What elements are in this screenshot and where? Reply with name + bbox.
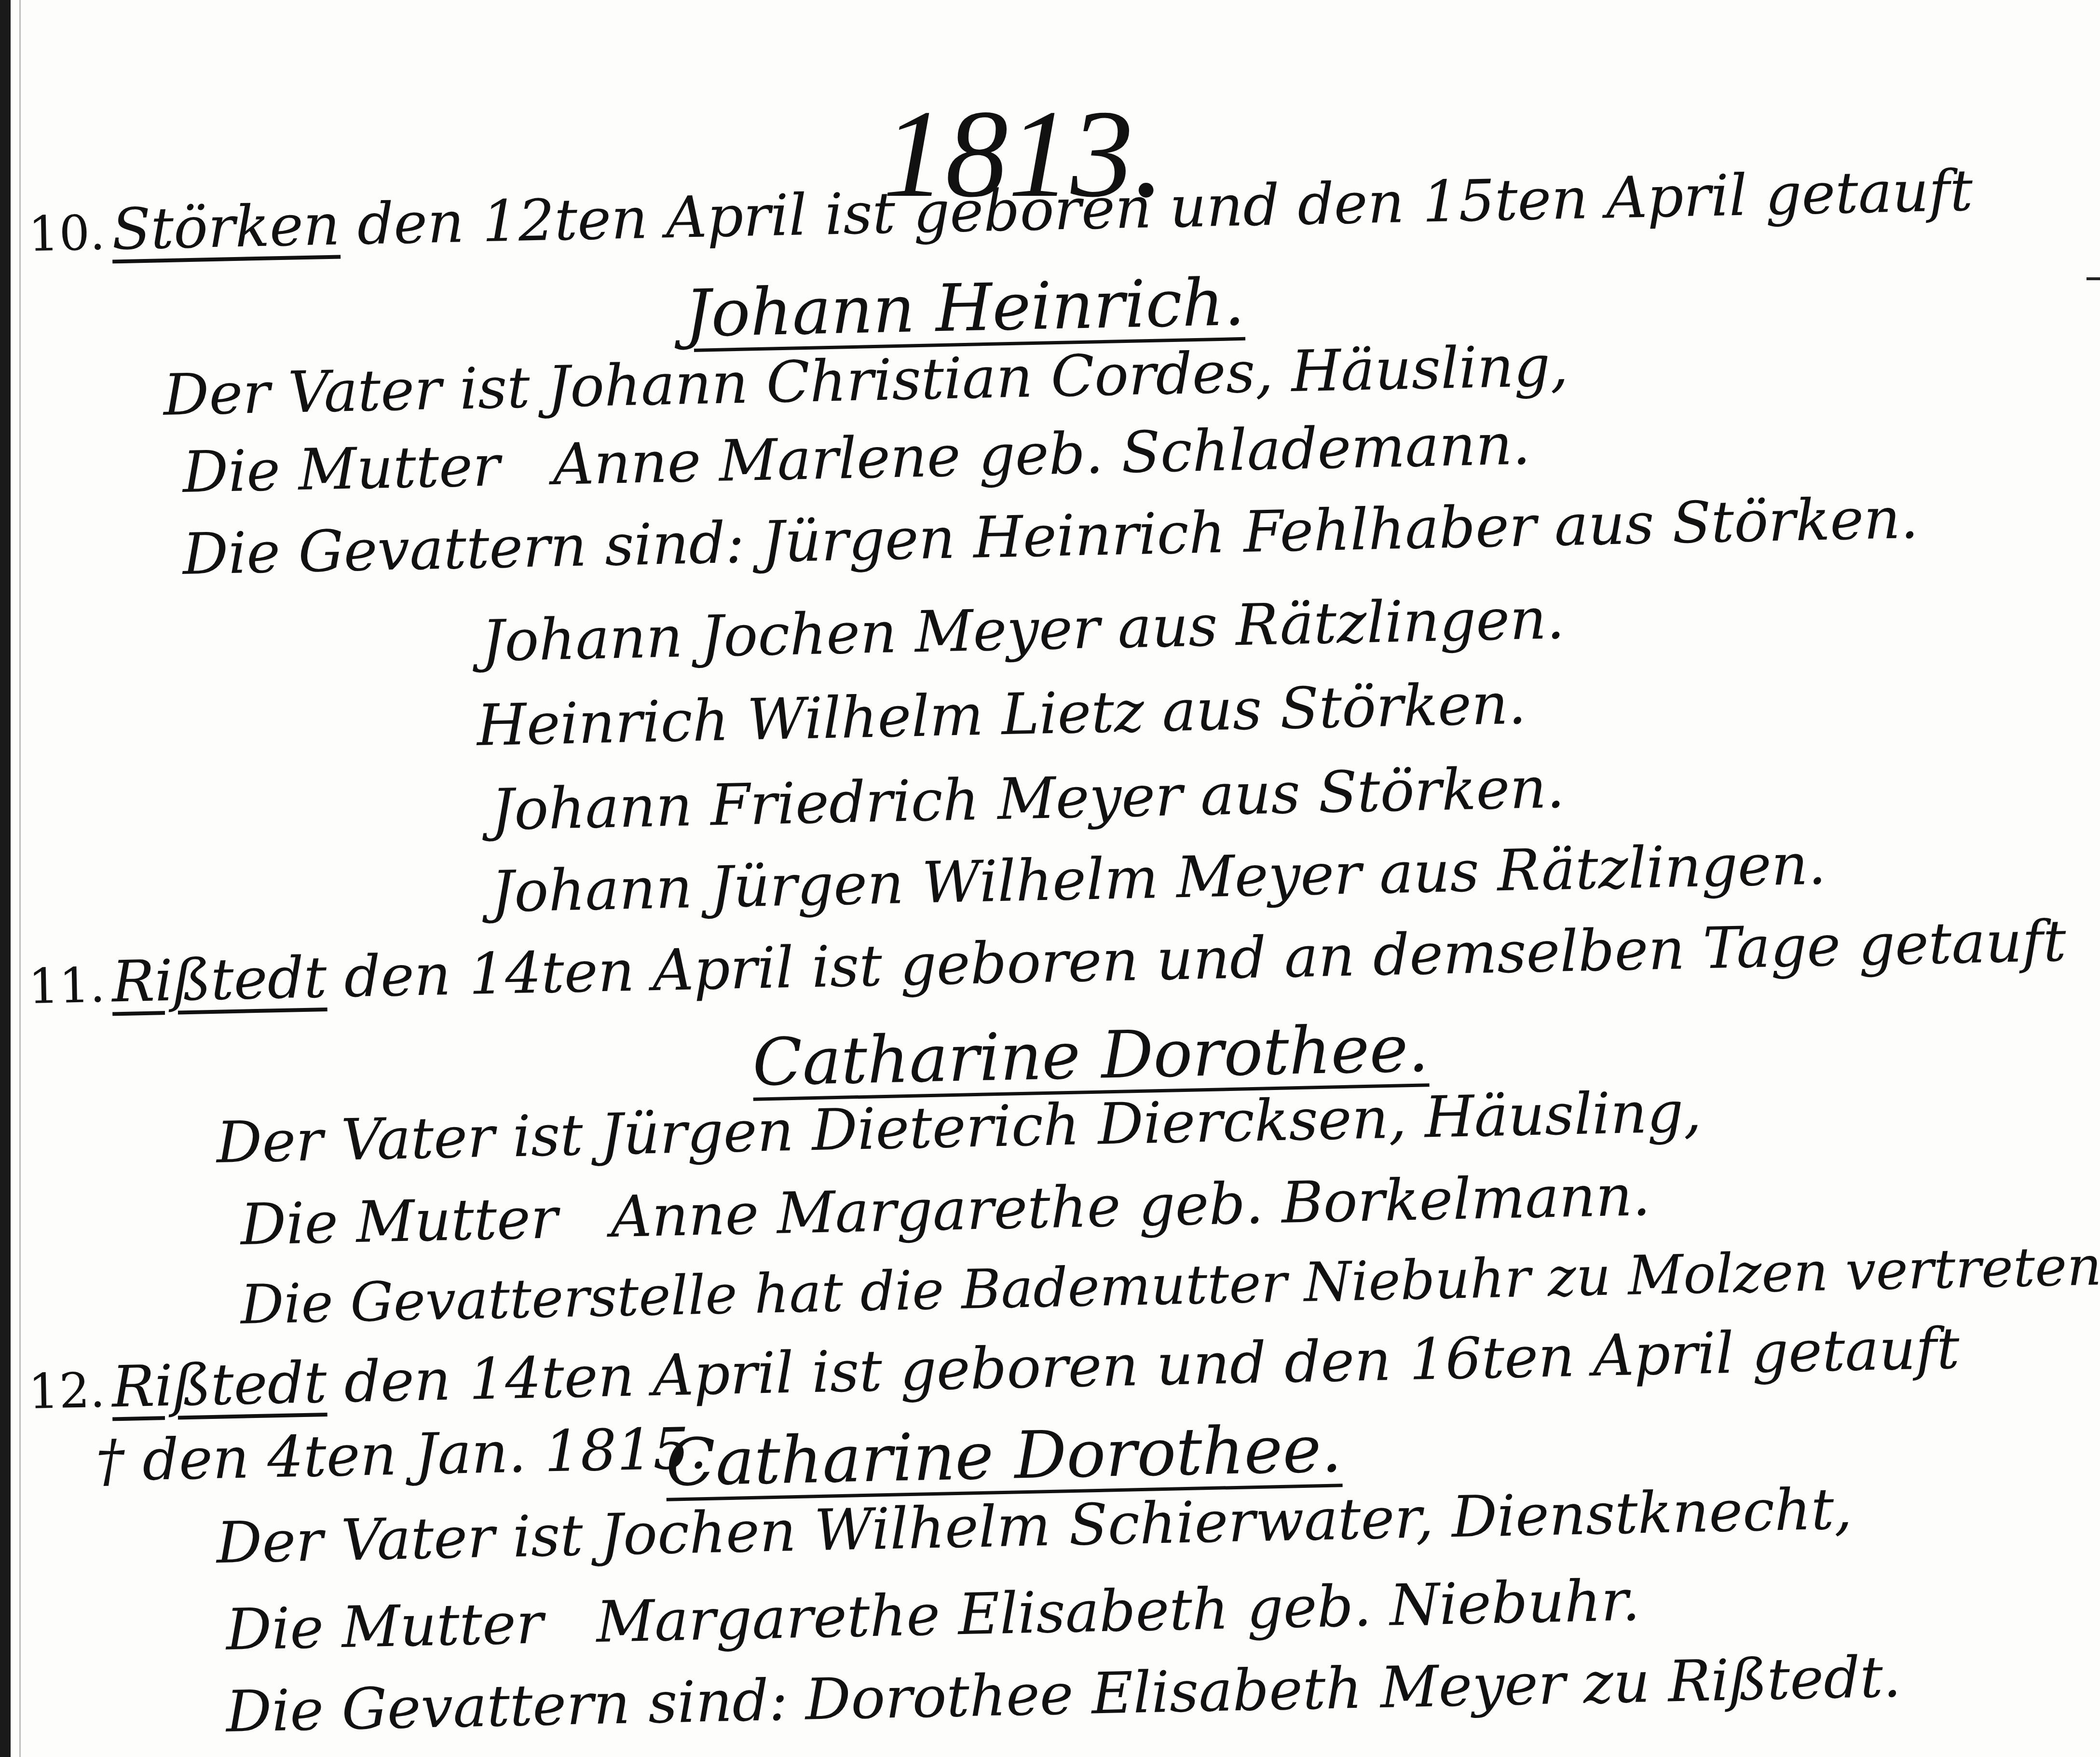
mother-label: Die Mutter — [225, 1590, 544, 1663]
entry-12-godparents-first: Die Gevattern sind:Dorothee Elisabeth Me… — [226, 1648, 1902, 1740]
godparents-label: Die Gevattern sind: — [182, 509, 745, 587]
godparent: Johann Friedrich Meyer aus Störken. — [491, 759, 1565, 838]
mother-name: Margarethe Elisabeth geb. Niebuhr. — [596, 1567, 1641, 1655]
entry-10-mother: Die MutterAnne Marlene geb. Schlademann. — [182, 415, 1531, 501]
register-page: 1813. 10.Störkenden 12ten April ist gebo… — [0, 0, 2100, 1757]
entry-number: 12. — [28, 1362, 106, 1420]
entry-12-child-name: Catharine Dorothee. — [665, 1411, 1343, 1500]
page-binding-edge — [0, 0, 11, 1757]
godparent: Jürgen Heinrich Fehlhaber aus Störken. — [761, 485, 1919, 575]
entry-12-mother: Die MutterMargarethe Elisabeth geb. Nieb… — [226, 1572, 1641, 1658]
entry-header-text: den 12ten April ist geboren und den 15te… — [356, 157, 1973, 258]
mother-name: Anne Marlene geb. Schlademann. — [552, 411, 1531, 498]
mother-name: Anne Margarethe geb. Borkelmann. — [610, 1162, 1651, 1250]
entry-header-text: den 14ten April ist geboren und den 16te… — [343, 1315, 1960, 1415]
godparent: Dorothee Elisabeth Meyer zu Rißtedt. — [805, 1643, 1902, 1733]
entry-place: Rißtedt — [111, 944, 327, 1015]
entry-place: Rißtedt — [111, 1349, 327, 1420]
entry-number: 11. — [28, 957, 106, 1015]
godparent: Johann Jochen Meyer aus Rätzlingen. — [481, 590, 1565, 669]
entry-number: 10. — [28, 204, 106, 262]
entry-10-child-name: Johann Heinrich. — [684, 264, 1245, 352]
entry-header-text: den 14ten April ist geboren und an demse… — [343, 908, 2067, 1010]
entry-12-father: Der Vater istJochen Wilhelm Schierwater,… — [216, 1480, 1853, 1571]
entry-11-header: 11.Rißtedtden 14ten April ist geboren un… — [28, 913, 2067, 1012]
entry-12-death-note: † den 4ten Jan. 1815. — [95, 1419, 708, 1489]
entry-11-father: Der Vater istJürgen Dieterich Diercksen,… — [216, 1083, 1702, 1171]
entry-place: Störken — [111, 191, 341, 262]
entry-10-father: Der Vater istJohann Christian Cordes, Hä… — [163, 337, 1569, 423]
mother-label: Die Mutter — [240, 1185, 558, 1258]
entry-10-godparents-first: Die Gevattern sind:Jürgen Heinrich Fehlh… — [182, 490, 1919, 583]
godparents-label: Die Gevattern sind: — [225, 1667, 789, 1745]
mother-label: Die Mutter — [182, 432, 500, 505]
godparent: Heinrich Wilhelm Lietz aus Störken. — [477, 675, 1527, 754]
father-label: Der Vater ist — [216, 1102, 584, 1176]
entry-11-mother: Die MutterAnne Margarethe geb. Borkelman… — [240, 1167, 1651, 1253]
page-margin-line — [19, 0, 21, 1757]
father-label: Der Vater ist — [216, 1502, 584, 1576]
godparent: Johann Jürgen Wilhelm Meyer aus Rätzling… — [491, 835, 1827, 920]
page-edge-mark — [2086, 277, 2100, 280]
father-label: Der Vater ist — [163, 354, 531, 428]
